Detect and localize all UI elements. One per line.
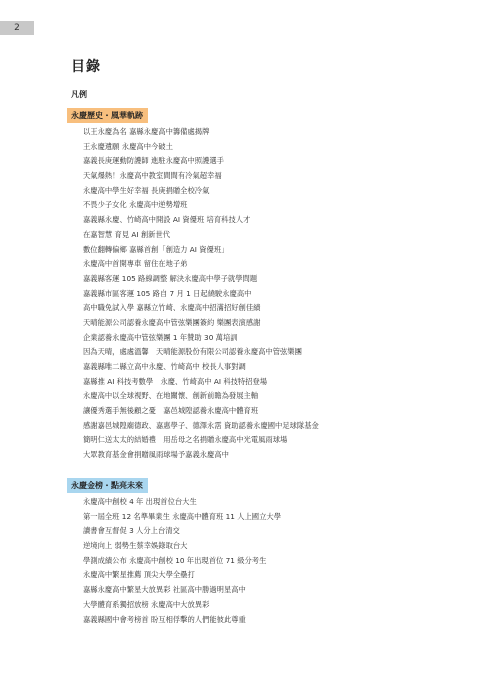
toc-entry[interactable]: 高中職免試入學 嘉縣立竹崎、永慶高中招滿招好創佳績 xyxy=(71,301,319,316)
toc-entry-list: 永慶高中創校 4 年 出現首位台大生 第一屆全班 12 名準畢業生 永慶高中體育… xyxy=(71,495,281,627)
toc-entry[interactable]: 嘉縣推 AI 科技考數學 永慶、竹崎高中 AI 科技特招登場 xyxy=(71,375,319,390)
toc-entry[interactable]: 大學體育系獨招放榜 永慶高中大放異彩 xyxy=(71,598,281,613)
toc-entry[interactable]: 嘉義縣永慶、竹崎高中開設 AI 資優班 培育科技人才 xyxy=(71,213,319,228)
toc-entry[interactable]: 嘉義縣唯二縣立高中永慶、竹崎高中 校長人事對調 xyxy=(71,360,319,375)
page-number: 2 xyxy=(0,21,34,35)
toc-entry[interactable]: 嘉義縣客運 105 路線調整 解決永慶高中學子就學問題 xyxy=(71,272,319,287)
section-heading-history[interactable]: 永慶歷史・風華軌跡 xyxy=(67,108,148,123)
page-title: 目錄 xyxy=(71,57,471,77)
toc-entry[interactable]: 嘉義長庚運動防護師 進駐永慶高中照護選手 xyxy=(71,154,319,169)
section-heading-achievements[interactable]: 永慶金榜・點亮未來 xyxy=(67,478,148,493)
toc-entry[interactable]: 天氣爆熱！永慶高中教室間間有冷氣超幸福 xyxy=(71,169,319,184)
toc-entry[interactable]: 數位翻轉偏鄉 嘉縣首創「創造力 AI 資優班」 xyxy=(71,243,319,258)
toc-entry[interactable]: 讀書會互督促 3 人分上台清交 xyxy=(71,524,281,539)
toc-entry[interactable]: 永慶高中以全球視野、在地關懷、創新前瞻為發展主軸 xyxy=(71,389,319,404)
toc-entry[interactable]: 不畏少子女化 永慶高中逆勢增班 xyxy=(71,198,319,213)
toc-entry[interactable]: 在嘉智慧 育見 AI 創新世代 xyxy=(71,228,319,243)
toc-section-achievements: 永慶金榜・點亮未來 永慶高中創校 4 年 出現首位台大生 第一屆全班 12 名準… xyxy=(71,473,281,627)
toc-entry[interactable]: 學測成績公布 永慶高中創校 10 年出現首位 71 級分考生 xyxy=(71,554,281,569)
toc-entry[interactable]: 因為天晴，處處溫馨 天晴能源股份有限公司認養永慶高中管弦樂團 xyxy=(71,345,319,360)
toc-entry[interactable]: 以王永慶為名 嘉縣永慶高中籌備處揭牌 xyxy=(71,125,319,140)
toc-entry-notes[interactable]: 凡例 xyxy=(71,89,87,101)
toc-entry[interactable]: 永慶高中繁星推薦 頂尖大學全壘打 xyxy=(71,568,281,583)
toc-entry[interactable]: 嘉縣永慶高中繁星大放異彩 社區高中勝過明星高中 xyxy=(71,583,281,598)
toc-entry-list: 以王永慶為名 嘉縣永慶高中籌備處揭牌 王永慶遺願 永慶高中今破土 嘉義長庚運動防… xyxy=(71,125,319,463)
toc-entry[interactable]: 讓優秀選手無後顧之憂 嘉邑城隍認養永慶高中體育班 xyxy=(71,404,319,419)
toc-entry[interactable]: 簡明仁送太太的結婚禮 用岳母之名捐贈永慶高中光電風雨球場 xyxy=(71,433,319,448)
toc-entry[interactable]: 天晴能源公司認養永慶高中管弦樂團簽約 樂團表演感謝 xyxy=(71,316,319,331)
toc-entry[interactable]: 永慶高中創校 4 年 出現首位台大生 xyxy=(71,495,281,510)
toc-entry[interactable]: 嘉義縣市區客運 105 路自 7 月 1 日起繞駛永慶高中 xyxy=(71,287,319,302)
toc-entry[interactable]: 大眾教育基金會捐贈風雨球場予嘉義永慶高中 xyxy=(71,448,319,463)
toc-entry[interactable]: 逆境向上 弱勢生蔡幸娛錄取台大 xyxy=(71,539,281,554)
toc-entry[interactable]: 嘉義縣國中會考榜首 盼互相俘擊的人們能彼此尊重 xyxy=(71,613,281,628)
table-of-contents: 目錄 凡例 永慶歷史・風華軌跡 以王永慶為名 嘉縣永慶高中籌備處揭牌 王永慶遺願… xyxy=(71,57,471,77)
toc-entry[interactable]: 永慶高中學生好幸福 長庚捐贈全校冷氣 xyxy=(71,184,319,199)
toc-entry[interactable]: 企業認養永慶高中管弦樂團 1 年贊助 30 萬培訓 xyxy=(71,331,319,346)
toc-entry[interactable]: 感謝嘉邑城隍廟德政、嘉惠學子、德澤永霑 資助認養永慶國中足球隊基金 xyxy=(71,419,319,434)
toc-entry[interactable]: 王永慶遺願 永慶高中今破土 xyxy=(71,140,319,155)
toc-entry[interactable]: 永慶高中首開專車 留住在地子弟 xyxy=(71,257,319,272)
toc-section-history: 永慶歷史・風華軌跡 以王永慶為名 嘉縣永慶高中籌備處揭牌 王永慶遺願 永慶高中今… xyxy=(71,103,319,463)
toc-entry[interactable]: 第一屆全班 12 名準畢業生 永慶高中體育班 11 人上國立大學 xyxy=(71,510,281,525)
